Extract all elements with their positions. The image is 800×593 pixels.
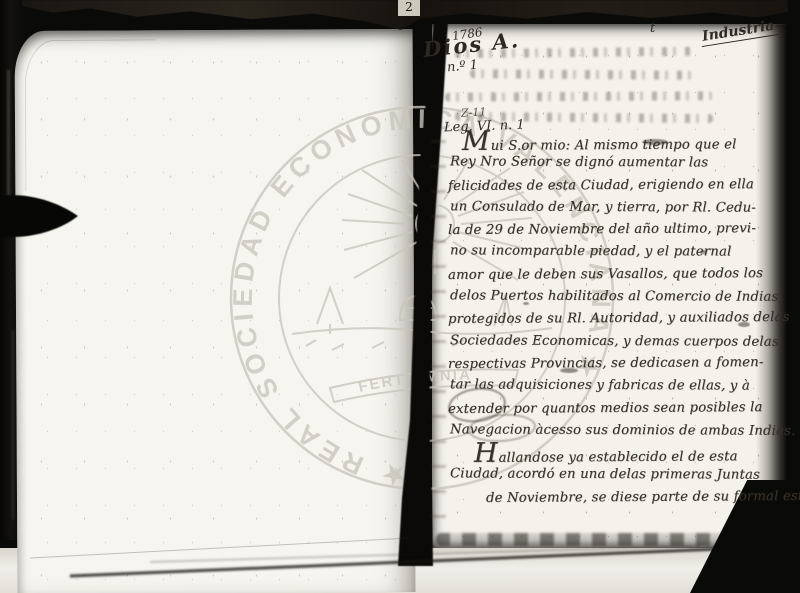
page-corner-crease: [25, 39, 157, 191]
manuscript-line: de Noviembre, se diese parte de su forma…: [486, 486, 780, 510]
manuscript-text: Mui S.or mio: Al mismo tiempo que el Rey…: [448, 130, 780, 525]
manuscript-line: la de 29 de Noviembre del año ultimo, pr…: [448, 218, 780, 242]
folio-number: 2: [398, 0, 420, 16]
manuscript-line: Ciudad, acordó en una delas primeras Jun…: [450, 464, 782, 488]
manuscript-line: amor que le deben sus Vasallos, que todo…: [448, 263, 780, 287]
page-stack-streak: [12, 330, 14, 520]
manuscript-line: Hallandose ya establecido el de esta: [474, 441, 780, 465]
show-through-text-row: [470, 69, 692, 80]
manuscript-line: un Consulado de Mar, y tierra, por Rl. C…: [450, 196, 782, 220]
manuscript-line: extender por quantos medios sean posible…: [448, 397, 780, 421]
annotation-number: n.º 1: [446, 58, 478, 76]
margin-show-through: [431, 140, 446, 520]
manuscript-line: Mui S.or mio: Al mismo tiempo que el: [462, 129, 780, 153]
manuscript-line: felicidades de esta Ciudad, erigiendo en…: [448, 174, 780, 198]
cross-mark: t: [650, 21, 655, 36]
manuscript-line: Navegacion àcesso sus dominios de ambas …: [450, 419, 782, 443]
manuscript-line: delos Puertos habilitados al Comercio de…: [450, 285, 782, 309]
manuscript-line: no su incomparable piedad, y el paternal: [450, 241, 782, 265]
manuscript-line: respectivas Provincias, se dedicasen a f…: [448, 352, 780, 376]
manuscript-line: Rey Nro Señor se dignó aumentar las: [450, 152, 782, 176]
annotation-pencil-mark: Z-11: [461, 105, 487, 120]
document-scan: ★ REAL SOCIEDAD ECONOMICA VALENCIANA ★ F…: [0, 0, 800, 593]
manuscript-line: protegidos de su Rl. Autoridad, y auxili…: [448, 307, 780, 331]
manuscript-line: Sociedades Economicas, y demas cuerpos d…: [450, 330, 782, 354]
book-clasp: [0, 188, 84, 244]
manuscript-line: tar las adquisiciones y fabricas de ella…: [450, 375, 782, 399]
show-through-text-row: [445, 91, 713, 101]
